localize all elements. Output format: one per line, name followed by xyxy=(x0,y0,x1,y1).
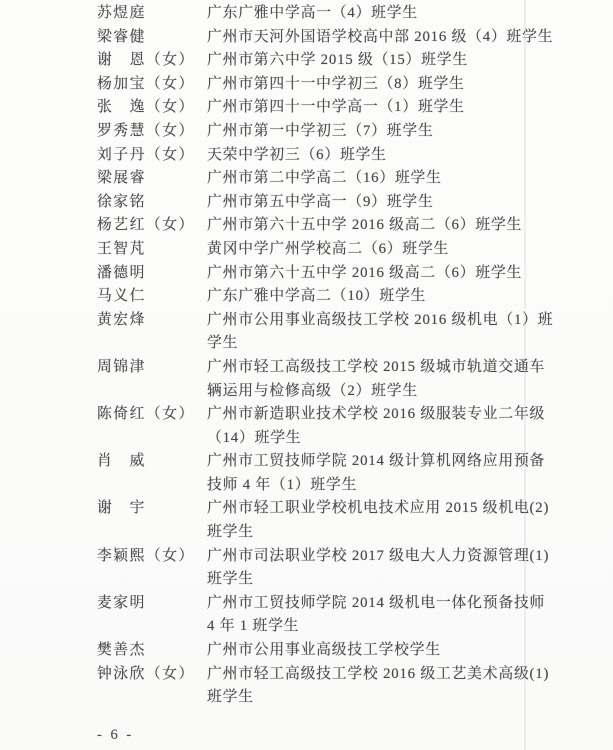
student-school: 广州市新造职业技术学校 2016 级服装专业二年级（14）班学生 xyxy=(207,403,613,450)
student-row: 梁睿健 广州市天河外国语学校高中部 2016 级（4）班学生 xyxy=(0,26,613,50)
student-school-line: 广州市天河外国语学校高中部 2016 级（4）班学生 xyxy=(207,26,613,50)
document-page: 苏煜庭 广东广雅中学高一（4）班学生 梁睿健 广州市天河外国语学校高中部 201… xyxy=(0,0,613,750)
student-school: 广州市公用事业高级技工学校学生 xyxy=(207,639,613,663)
student-row: 马义仁 广东广雅中学高二（10）班学生 xyxy=(0,285,613,309)
student-name: 王智芃 xyxy=(97,238,207,262)
student-school: 广州市工贸技师学院 2014 级机电一体化预备技师4 年 1 班学生 xyxy=(207,592,613,639)
student-school: 广州市第四十一中学初三（8）班学生 xyxy=(207,73,613,97)
student-school: 广州市轻工高级技工学校 2015 级城市轨道交通车辆运用与检修高级（2）班学生 xyxy=(207,356,613,403)
student-list: 苏煜庭 广东广雅中学高一（4）班学生 梁睿健 广州市天河外国语学校高中部 201… xyxy=(0,2,613,710)
student-school-line: 广州市第二中学高二（16）班学生 xyxy=(207,167,613,191)
student-school-line: 广州市第五中学高一（9）班学生 xyxy=(207,191,613,215)
student-school-line: 广州市司法职业学校 2017 级电大人力资源管理(1) xyxy=(207,545,613,569)
student-school: 广东广雅中学高二（10）班学生 xyxy=(207,285,613,309)
student-name: 李颖熙（女） xyxy=(97,545,207,569)
student-school-line: 广州市第四十一中学高一（1）班学生 xyxy=(207,96,613,120)
student-school-line: （14）班学生 xyxy=(207,427,613,451)
student-school-line: 广州市第一中学初三（7）班学生 xyxy=(207,120,613,144)
student-name: 张 逸（女） xyxy=(97,96,207,120)
student-name: 黄宏烽 xyxy=(97,309,207,333)
student-school: 广州市第六中学 2015 级（15）班学生 xyxy=(207,49,613,73)
student-row: 樊善杰 广州市公用事业高级技工学校学生 xyxy=(0,639,613,663)
student-school: 广州市第五中学高一（9）班学生 xyxy=(207,191,613,215)
student-school-line: 广东广雅中学高一（4）班学生 xyxy=(207,2,613,26)
student-school: 广州市工贸技师学院 2014 级计算机网络应用预备技师 4 年（1）班学生 xyxy=(207,450,613,497)
student-school-line: 广州市轻工高级技工学校 2016 级工艺美术高级(1) xyxy=(207,663,613,687)
student-name: 周锦津 xyxy=(97,356,207,380)
student-school-line: 技师 4 年（1）班学生 xyxy=(207,474,613,498)
student-row: 钟泳欣（女） 广州市轻工高级技工学校 2016 级工艺美术高级(1)班学生 xyxy=(0,663,613,710)
student-name: 罗秀慧（女） xyxy=(97,120,207,144)
student-school-line: 广州市工贸技师学院 2014 级计算机网络应用预备 xyxy=(207,450,613,474)
student-row: 周锦津 广州市轻工高级技工学校 2015 级城市轨道交通车辆运用与检修高级（2）… xyxy=(0,356,613,403)
student-school-line: 广州市轻工职业学校机电技术应用 2015 级机电(2) xyxy=(207,497,613,521)
student-school-line: 广州市第四十一中学初三（8）班学生 xyxy=(207,73,613,97)
student-name: 杨加宝（女） xyxy=(97,73,207,97)
student-row: 麦家明 广州市工贸技师学院 2014 级机电一体化预备技师4 年 1 班学生 xyxy=(0,592,613,639)
student-row: 潘德明 广州市第六十五中学 2016 级高二（6）班学生 xyxy=(0,262,613,286)
student-name: 钟泳欣（女） xyxy=(97,663,207,687)
page-number: - 6 - xyxy=(97,727,134,744)
student-school-line: 天荣中学初三（6）班学生 xyxy=(207,144,613,168)
student-school-line: 4 年 1 班学生 xyxy=(207,615,613,639)
student-school: 天荣中学初三（6）班学生 xyxy=(207,144,613,168)
student-school-line: 学生 xyxy=(207,332,613,356)
student-row: 陈倚红（女） 广州市新造职业技术学校 2016 级服装专业二年级（14）班学生 xyxy=(0,403,613,450)
student-name: 杨艺红（女） xyxy=(97,214,207,238)
student-row: 肖 威 广州市工贸技师学院 2014 级计算机网络应用预备技师 4 年（1）班学… xyxy=(0,450,613,497)
student-school-line: 广州市公用事业高级技工学校学生 xyxy=(207,639,613,663)
student-row: 王智芃 黄冈中学广州学校高二（6）班学生 xyxy=(0,238,613,262)
student-name: 梁展睿 xyxy=(97,167,207,191)
student-row: 张 逸（女） 广州市第四十一中学高一（1）班学生 xyxy=(0,96,613,120)
student-school-line: 广州市第六中学 2015 级（15）班学生 xyxy=(207,49,613,73)
student-school: 广州市公用事业高级技工学校 2016 级机电（1）班学生 xyxy=(207,309,613,356)
student-school: 广州市第一中学初三（7）班学生 xyxy=(207,120,613,144)
student-school-line: 广州市工贸技师学院 2014 级机电一体化预备技师 xyxy=(207,592,613,616)
student-name: 谢 恩（女） xyxy=(97,49,207,73)
student-school-line: 广州市公用事业高级技工学校 2016 级机电（1）班 xyxy=(207,309,613,333)
student-row: 刘子丹（女） 天荣中学初三（6）班学生 xyxy=(0,144,613,168)
student-school-line: 辆运用与检修高级（2）班学生 xyxy=(207,380,613,404)
student-name: 潘德明 xyxy=(97,262,207,286)
student-name: 徐家铭 xyxy=(97,191,207,215)
student-school-line: 班学生 xyxy=(207,686,613,710)
student-row: 谢 宇 广州市轻工职业学校机电技术应用 2015 级机电(2)班学生 xyxy=(0,497,613,544)
student-row: 徐家铭 广州市第五中学高一（9）班学生 xyxy=(0,191,613,215)
student-row: 罗秀慧（女） 广州市第一中学初三（7）班学生 xyxy=(0,120,613,144)
student-row: 梁展睿 广州市第二中学高二（16）班学生 xyxy=(0,167,613,191)
student-school-line: 黄冈中学广州学校高二（6）班学生 xyxy=(207,238,613,262)
student-row: 苏煜庭 广东广雅中学高一（4）班学生 xyxy=(0,2,613,26)
student-row: 谢 恩（女） 广州市第六中学 2015 级（15）班学生 xyxy=(0,49,613,73)
student-row: 杨加宝（女） 广州市第四十一中学初三（8）班学生 xyxy=(0,73,613,97)
student-row: 李颖熙（女） 广州市司法职业学校 2017 级电大人力资源管理(1)班学生 xyxy=(0,545,613,592)
student-school-line: 广东广雅中学高二（10）班学生 xyxy=(207,285,613,309)
student-name: 马义仁 xyxy=(97,285,207,309)
student-school: 广州市第二中学高二（16）班学生 xyxy=(207,167,613,191)
student-school: 广州市司法职业学校 2017 级电大人力资源管理(1)班学生 xyxy=(207,545,613,592)
student-school: 广州市第四十一中学高一（1）班学生 xyxy=(207,96,613,120)
student-school-line: 班学生 xyxy=(207,568,613,592)
student-row: 杨艺红（女） 广州市第六十五中学 2016 级高二（6）班学生 xyxy=(0,214,613,238)
student-school-line: 广州市第六十五中学 2016 级高二（6）班学生 xyxy=(207,262,613,286)
student-name: 樊善杰 xyxy=(97,639,207,663)
scan-artifact-line xyxy=(524,0,526,750)
student-name: 梁睿健 xyxy=(97,26,207,50)
student-school-line: 班学生 xyxy=(207,521,613,545)
student-name: 麦家明 xyxy=(97,592,207,616)
student-name: 肖 威 xyxy=(97,450,207,474)
student-name: 刘子丹（女） xyxy=(97,144,207,168)
student-school: 广东广雅中学高一（4）班学生 xyxy=(207,2,613,26)
student-school: 广州市第六十五中学 2016 级高二（6）班学生 xyxy=(207,262,613,286)
student-school-line: 广州市轻工高级技工学校 2015 级城市轨道交通车 xyxy=(207,356,613,380)
student-school: 广州市天河外国语学校高中部 2016 级（4）班学生 xyxy=(207,26,613,50)
student-row: 黄宏烽 广州市公用事业高级技工学校 2016 级机电（1）班学生 xyxy=(0,309,613,356)
student-name: 陈倚红（女） xyxy=(97,403,207,427)
student-school-line: 广州市第六十五中学 2016 级高二（6）班学生 xyxy=(207,214,613,238)
student-name: 谢 宇 xyxy=(97,497,207,521)
student-school: 黄冈中学广州学校高二（6）班学生 xyxy=(207,238,613,262)
student-name: 苏煜庭 xyxy=(97,2,207,26)
student-school: 广州市轻工职业学校机电技术应用 2015 级机电(2)班学生 xyxy=(207,497,613,544)
student-school-line: 广州市新造职业技术学校 2016 级服装专业二年级 xyxy=(207,403,613,427)
student-school: 广州市第六十五中学 2016 级高二（6）班学生 xyxy=(207,214,613,238)
student-school: 广州市轻工高级技工学校 2016 级工艺美术高级(1)班学生 xyxy=(207,663,613,710)
